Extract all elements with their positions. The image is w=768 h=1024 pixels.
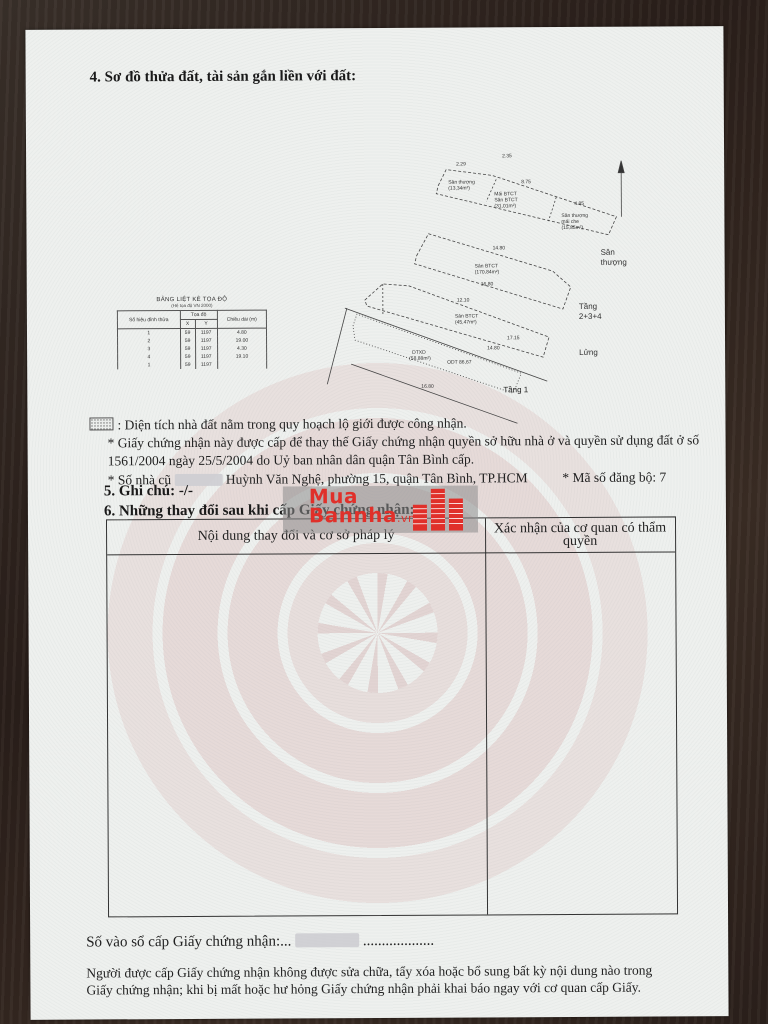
certificate-page: 4. Sơ đồ thửa đất, tài sản gắn liền với … (25, 26, 728, 1020)
svg-text:12.10: 12.10 (457, 298, 470, 304)
coordinate-cell-x: 59 (180, 337, 195, 345)
svg-text:(58,88m²): (58,88m²) (409, 356, 431, 362)
coordinate-cell-length: 19.00 (217, 337, 266, 345)
svg-text:(45,47m²): (45,47m²) (455, 319, 477, 325)
coordinate-cell-length: 19.10 (217, 353, 266, 361)
coordinate-cell-id: 1 (117, 329, 180, 338)
svg-text:Lửng: Lửng (579, 348, 598, 357)
section-4-heading: 4. Sơ đồ thửa đất, tài sản gắn liền với … (90, 68, 357, 86)
warning-line2: Giấy chứng nhận; khi bị mất hoặc hư hỏng… (86, 979, 726, 998)
watermark-logo-text: Mua Bannha.vn (309, 487, 416, 529)
coordinate-cell-x: 59 (180, 328, 195, 337)
legend-text: : Diện tích nhà đất nằm trong quy hoạch … (117, 416, 466, 433)
coordinate-row: 1591197 (118, 361, 267, 370)
svg-text:(170,84m²): (170,84m²) (475, 269, 500, 275)
header-coordinates: Tọa độ (180, 310, 217, 319)
coordinate-cell-x: 59 (180, 361, 195, 369)
coordinate-grid: Số hiệu đỉnh thửa Tọa độ Chiều dài (m) X… (117, 310, 267, 370)
registry-number-row: Số vào sổ cấp Giấy chứng nhận:... ......… (86, 933, 434, 952)
land-plot-sketch: Sân thượng (13,34m²) Mái BTCT Sân BTCT (… (316, 137, 638, 429)
coordinate-cell-length: 4.80 (217, 328, 266, 337)
registry-number-label: Số vào sổ cấp Giấy chứng nhận:... (86, 933, 291, 950)
svg-text:(31,01m²): (31,01m²) (494, 203, 516, 209)
coordinate-table: BẢNG LIỆT KÊ TỌA ĐỘ (Hệ tọa độ VN 2000) … (117, 297, 267, 370)
svg-text:14.80: 14.80 (493, 245, 506, 251)
label-santhuong: Sân (601, 248, 615, 257)
section-5-heading: 5. Ghi chú: -/- (104, 483, 193, 500)
coordinate-cell-x: 59 (180, 345, 195, 353)
watermark-line2: Bannha (309, 503, 397, 527)
old-address-value: Huỳnh Văn Nghệ, phường 15, quận Tân Bình… (226, 470, 528, 487)
column-header-confirmation: Xác nhận của cơ quan có thẩm quyền (485, 517, 675, 553)
svg-text:14.80: 14.80 (487, 345, 500, 351)
header-vertex-id: Số hiệu đỉnh thửa (117, 311, 180, 329)
muabannha-watermark: Mua Bannha.vn (283, 485, 478, 533)
legend-row: : Diện tích nhà đất nằm trong quy hoạch … (89, 416, 466, 434)
header-length: Chiều dài (m) (217, 310, 266, 328)
svg-text:2.35: 2.35 (502, 153, 512, 159)
replacement-note-line2: 1561/2004 ngày 25/5/2004 do Uỷ ban nhân … (108, 451, 475, 469)
redacted-registry-number (295, 933, 359, 947)
registry-number-dots: ................... (363, 933, 434, 949)
coordinate-cell-y: 1197 (195, 361, 217, 369)
svg-text:(13,34m²): (13,34m²) (448, 186, 470, 192)
building-logo-icon (411, 489, 465, 531)
confirmation-cell (485, 551, 677, 914)
coordinate-cell-length: 4.30 (217, 345, 266, 353)
svg-text:16.80: 16.80 (481, 281, 494, 287)
svg-text:(15,85m²): (15,85m²) (561, 225, 583, 231)
registry-code-label: * Mã số đăng bộ: 7 (562, 469, 666, 485)
dotted-legend-swatch (89, 417, 113, 430)
coordinate-cell-y: 1197 (195, 345, 217, 353)
replacement-note-line1: * Giấy chứng nhận này được cấp để thay t… (108, 432, 728, 451)
changes-cell (107, 552, 488, 916)
svg-text:Tầng: Tầng (579, 302, 597, 311)
svg-text:4.85: 4.85 (574, 201, 584, 207)
svg-text:16.80: 16.80 (421, 384, 434, 390)
header-y: Y (195, 319, 217, 328)
coordinate-cell-id: 1 (118, 361, 181, 369)
svg-text:2.29: 2.29 (456, 162, 466, 168)
changes-table: Nội dung thay đổi và cơ sở pháp lý Xác n… (106, 516, 678, 917)
coordinate-cell-x: 59 (180, 353, 195, 361)
svg-text:ODT 86,67: ODT 86,67 (447, 360, 472, 366)
header-x: X (180, 319, 195, 328)
coordinate-table-subtitle: (Hệ tọa độ VN 2000) (117, 303, 267, 309)
coordinate-cell-y: 1197 (195, 353, 217, 361)
tang-1-label: Tầng 1 (503, 385, 528, 394)
svg-text:8.75: 8.75 (521, 179, 531, 185)
svg-text:thượng: thượng (601, 258, 627, 267)
svg-text:2+3+4: 2+3+4 (579, 312, 602, 321)
coordinate-cell-y: 1197 (195, 337, 217, 345)
coordinate-cell-y: 1197 (195, 328, 217, 337)
warning-line1: Người được cấp Giấy chứng nhận không đượ… (86, 962, 726, 981)
coordinate-cell-length (217, 361, 266, 369)
svg-text:17.15: 17.15 (507, 335, 520, 341)
